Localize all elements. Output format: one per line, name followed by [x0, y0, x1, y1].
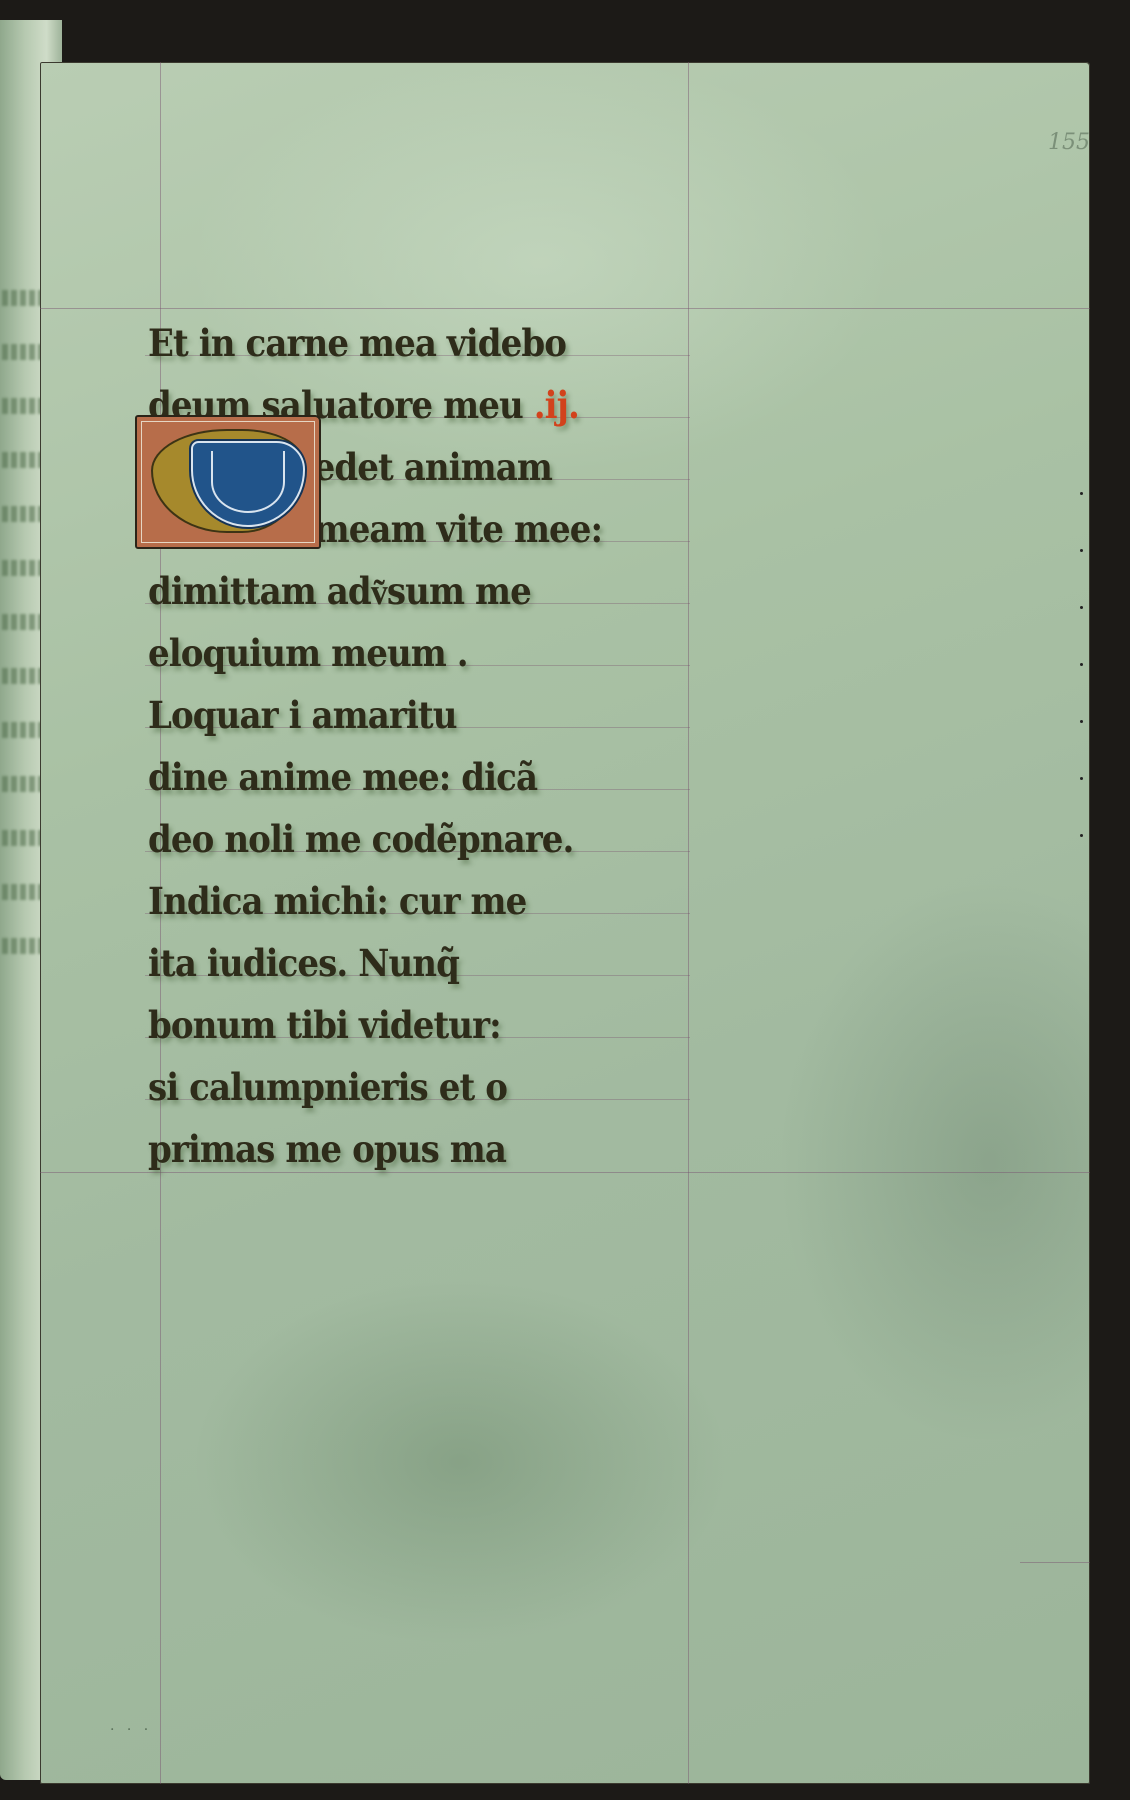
text-line: deo noli me codẽpnare.: [148, 808, 663, 870]
line-text: ita iudices. Nunq̃: [148, 941, 459, 985]
text-line: Loquar i amaritu: [148, 684, 663, 746]
prick-mark: [1080, 606, 1083, 609]
line-text: dine anime mee: dicã: [148, 755, 537, 799]
text-line: Et in carne mea videbo: [148, 312, 663, 374]
foot-marks: · · ·: [110, 1722, 152, 1738]
line-text: Et in carne mea videbo: [148, 321, 566, 365]
text-line: si calumpnieris et o: [148, 1056, 663, 1118]
prick-mark: [1080, 663, 1083, 666]
text-line: Indica michi: cur me: [148, 870, 663, 932]
line-text: deo noli me codẽpnare.: [148, 817, 573, 861]
text-line: bonum tibi videtur:: [148, 994, 663, 1056]
line-text: primas me opus ma: [148, 1127, 506, 1171]
line-text: bonum tibi videtur:: [148, 1003, 501, 1047]
prick-mark: [1080, 777, 1083, 780]
line-text: eloquium meum .: [148, 631, 468, 675]
line-text: Loquar i amaritu: [148, 693, 457, 737]
prick-mark: [1080, 492, 1083, 495]
text-line: eloquium meum .: [148, 622, 663, 684]
text-line: ita iudices. Nunq̃: [148, 932, 663, 994]
prick-mark: [1080, 720, 1083, 723]
folio-number: 155: [1048, 130, 1090, 155]
line-text: Indica michi: cur me: [148, 879, 526, 923]
text-line: dimittam adv͂sum me: [148, 560, 663, 622]
ruling-foot: [1020, 1562, 1090, 1563]
text-line: dine anime mee: dicã: [148, 746, 663, 808]
pricking-marks: [1080, 492, 1083, 891]
rubric-marker: .ij.: [534, 383, 579, 427]
text-line: primas me opus ma: [148, 1118, 663, 1180]
initial-gold-body: [151, 429, 303, 533]
prick-mark: [1080, 834, 1083, 837]
initial-blue-bowl: [191, 441, 305, 527]
initial-leaf-ornament: [211, 451, 285, 513]
line-text: dimittam adv͂sum me: [148, 569, 531, 613]
illuminated-initial-t: [135, 415, 321, 549]
prick-mark: [1080, 549, 1083, 552]
line-text: meam vite mee:: [314, 507, 603, 551]
ruling-top: [40, 308, 1090, 309]
line-text: edet animam: [314, 445, 552, 489]
line-text: si calumpnieris et o: [148, 1065, 507, 1109]
